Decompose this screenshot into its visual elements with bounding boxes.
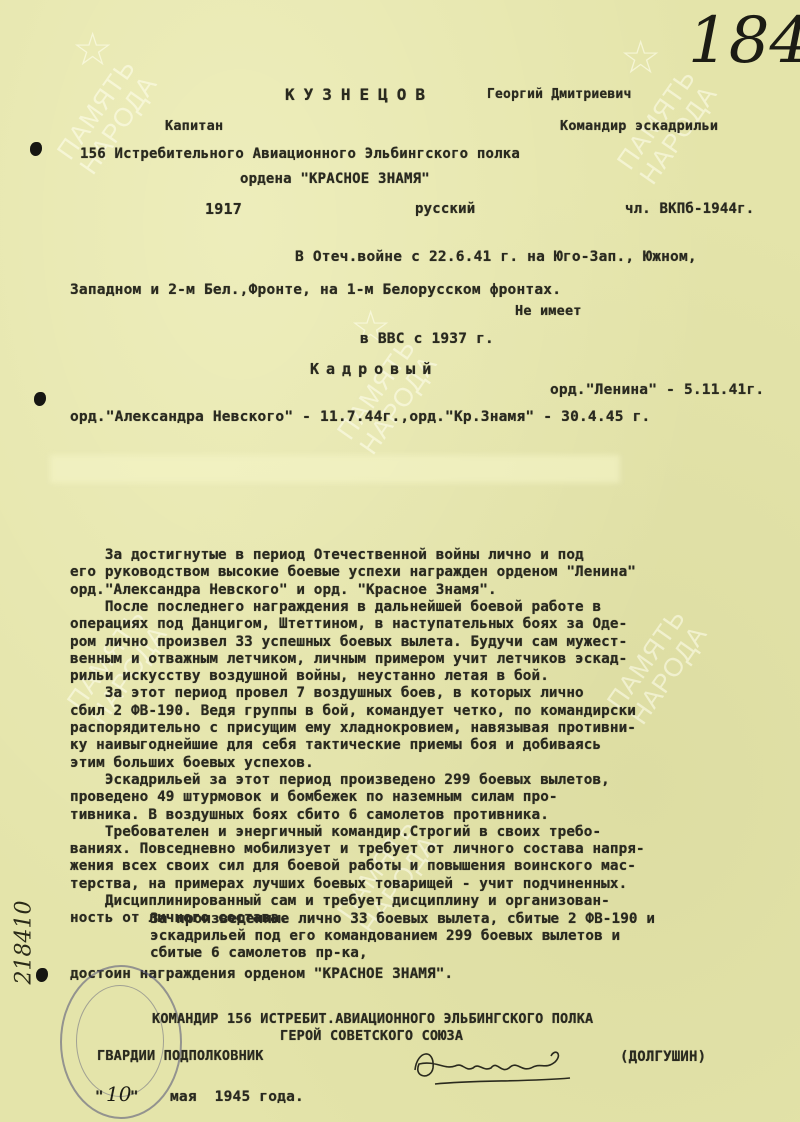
body-line: ваниях. Повседневно мобилизует и требует…	[70, 842, 645, 856]
war-service-line-1: В Отеч.войне с 22.6.41 г. на Юго-Зап., Ю…	[295, 250, 697, 265]
conclusion-line-1: За произведенные лично 33 боевых вылета,…	[150, 912, 655, 926]
unit-line-2: ордена "КРАСНОЕ ЗНАМЯ"	[240, 172, 430, 186]
body-line: операциях под Данцигом, Штеттином, в нас…	[70, 617, 627, 631]
light-band	[50, 455, 620, 483]
body-line: Требователен и энергичный командир.Строг…	[70, 825, 601, 839]
name-patronymic: Георгий Дмитриевич	[487, 88, 631, 101]
cadre-status: Кадровый	[310, 362, 438, 377]
unit-line-1: 156 Истребительного Авиационного Эльбинг…	[80, 147, 520, 161]
body-line: рильи искусству воздушной войны, неустан…	[70, 669, 549, 683]
signer-name: (ДОЛГУШИН)	[620, 1050, 706, 1064]
body-line: венным и отважным летчиком, личным приме…	[70, 652, 627, 666]
body-line: После последнего награждения в дальнейше…	[70, 600, 601, 614]
body-line: ку наивыгоднейшие для себя тактические п…	[70, 738, 601, 752]
body-line: этим больших боевых успехов.	[70, 756, 314, 770]
awards-line-2: орд."Александра Невского" - 11.7.44г.,ор…	[70, 410, 650, 425]
signer-rank: ГВАРДИИ ПОДПОЛКОВНИК	[97, 1050, 264, 1064]
body-line: его руководством высокие боевые успехи н…	[70, 565, 636, 579]
body-line: орд."Александра Невского" и орд. "Красно…	[70, 583, 497, 597]
body-line: Эскадрильей за этот период произведено 2…	[70, 773, 610, 787]
wounds: Не имеет	[515, 305, 582, 319]
birth-year: 1917	[205, 202, 242, 217]
body-line: распорядительно с присущим ему хладнокро…	[70, 721, 636, 735]
rank: Капитан	[165, 120, 223, 134]
nationality: русский	[415, 202, 475, 216]
body-line: За этот период провел 7 воздушных боев, …	[70, 686, 584, 700]
page-number-handwritten: 184	[688, 4, 800, 78]
awards-line-1: орд."Ленина" - 5.11.41г.	[550, 383, 764, 398]
signature	[405, 1040, 585, 1090]
conclusion-line-3: сбитые 6 самолетов пр-ка,	[150, 946, 368, 960]
war-service-line-2: Западном и 2-м Бел.,Фронте, на 1-м Белор…	[70, 283, 561, 298]
position: Командир эскадрильи	[560, 120, 718, 134]
body-line: проведено 49 штурмовок и бомбежек по наз…	[70, 790, 558, 804]
surname: КУЗНЕЦОВ	[285, 87, 434, 103]
body-line: За достигнутые в период Отечественной во…	[70, 548, 584, 562]
conclusion-line-2: эскадрильей под его командованием 299 бо…	[150, 929, 620, 943]
body-line: жения всех своих сил для боевой работы и…	[70, 859, 636, 873]
body-line: терства, на примерах лучших боевых товар…	[70, 877, 627, 891]
in-army-since: в ВВС с 1937 г.	[360, 332, 494, 347]
body-line: тивника. В воздушных боях сбито 6 самоле…	[70, 808, 549, 822]
body-line: ром лично произвел 33 успешных боевых вы…	[70, 635, 627, 649]
party-membership: чл. ВКПб-1944г.	[625, 202, 754, 216]
signer-title-line-1: КОМАНДИР 156 ИСТРЕБИТ.АВИАЦИОННОГО ЭЛЬБИ…	[152, 1013, 593, 1027]
stamp-inner-ring	[76, 985, 164, 1097]
body-line: сбил 2 ФВ-190. Ведя группы в бой, команд…	[70, 704, 636, 718]
watermark-star-icon: ☆	[620, 30, 661, 84]
date-quote-open: "	[95, 1090, 104, 1104]
date-rest: мая 1945 года.	[170, 1090, 304, 1105]
date-quote-close: "	[130, 1090, 139, 1104]
archive-number-handwritten: 218410	[11, 901, 36, 985]
date-day: 10	[106, 1082, 131, 1106]
body-line: Дисциплинированный сам и требует дисципл…	[70, 894, 610, 908]
